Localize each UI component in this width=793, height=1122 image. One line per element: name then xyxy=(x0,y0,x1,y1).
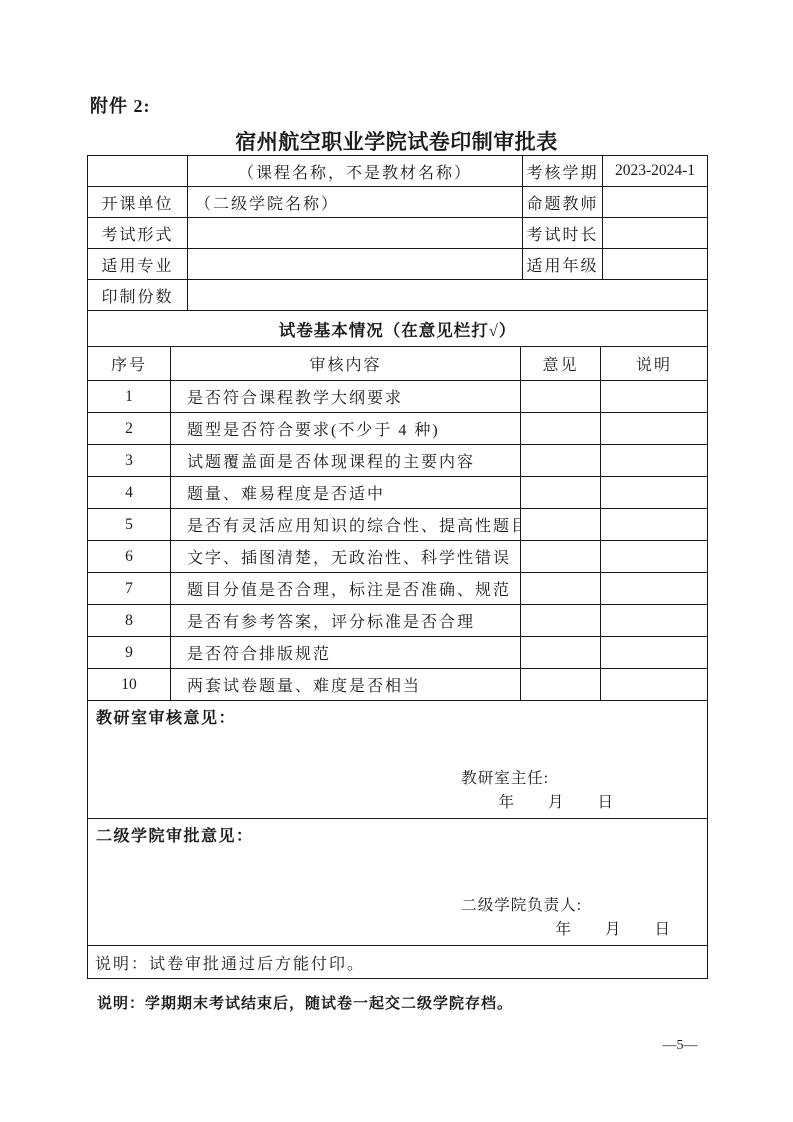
office-director-signature-line: 教研室主任: xyxy=(88,767,707,791)
college-approval-block: 二级学院审批意见： 二级学院负责人: 年 月 日 xyxy=(88,819,707,946)
info-label-exam-form: 考试形式 xyxy=(88,218,188,249)
exam-teacher-value xyxy=(603,187,707,218)
checklist-table: 序号 审核内容 意见 说明 1 是否符合课程教学大纲要求 2 题型是否符合要求(… xyxy=(88,347,707,701)
attachment-label: 附件 2: xyxy=(90,92,151,118)
document-page: 附件 2: 宿州航空职业学院试卷印制审批表 （课程名称，不是教材名称） 考核学期… xyxy=(0,0,793,1122)
row-no: 8 xyxy=(88,605,171,637)
row-content: 题型是否符合要求(不少于 4 种) xyxy=(171,413,521,445)
row-opinion-cell xyxy=(521,509,601,541)
office-review-block: 教研室审核意见： 教研室主任: 年 月 日 xyxy=(88,701,707,819)
row-content: 题目分值是否合理，标注是否准确、规范 xyxy=(171,573,521,605)
info-section: （课程名称，不是教材名称） 考核学期 2023-2024-1 开课单位 （二级学… xyxy=(88,156,707,311)
row-no: 1 xyxy=(88,381,171,413)
row-content: 是否有灵活应用知识的综合性、提高性题目 xyxy=(171,509,521,541)
row-note-cell xyxy=(601,381,707,413)
applicable-grade-value xyxy=(603,249,707,280)
row-note-cell xyxy=(601,669,707,701)
row-note-cell xyxy=(601,477,707,509)
row-no: 5 xyxy=(88,509,171,541)
row-opinion-cell xyxy=(521,413,601,445)
info-label-empty xyxy=(88,156,188,187)
row-no: 4 xyxy=(88,477,171,509)
row-content: 文字、插图清楚，无政治性、科学性错误 xyxy=(171,541,521,573)
row-note-cell xyxy=(601,509,707,541)
page-title: 宿州航空职业学院试卷印制审批表 xyxy=(0,126,793,156)
table-note: 说明：试卷审批通过后方能付印。 xyxy=(88,946,707,978)
row-note-cell xyxy=(601,637,707,669)
row-content: 两套试卷题量、难度是否相当 xyxy=(171,669,521,701)
college-head-signature-line: 二级学院负责人: xyxy=(88,894,707,918)
applicable-major-value xyxy=(188,249,523,280)
row-opinion-cell xyxy=(521,573,601,605)
row-no: 10 xyxy=(88,669,171,701)
row-content: 是否符合排版规范 xyxy=(171,637,521,669)
office-date-line: 年 月 日 xyxy=(88,791,707,818)
offering-unit-value: （二级学院名称） xyxy=(188,187,523,218)
row-content: 试题覆盖面是否体现课程的主要内容 xyxy=(171,445,521,477)
row-no: 7 xyxy=(88,573,171,605)
row-content: 是否符合课程教学大纲要求 xyxy=(171,381,521,413)
row-content: 是否有参考答案，评分标准是否合理 xyxy=(171,605,521,637)
col-header-opinion: 意见 xyxy=(521,347,601,381)
row-opinion-cell xyxy=(521,669,601,701)
page-number: —5— xyxy=(650,1038,710,1054)
info-label-applicable-major: 适用专业 xyxy=(88,249,188,280)
exam-form-value xyxy=(188,218,523,249)
info-label-exam-duration: 考试时长 xyxy=(523,218,603,249)
info-label-semester: 考核学期 xyxy=(523,156,603,187)
row-no: 9 xyxy=(88,637,171,669)
row-note-cell xyxy=(601,413,707,445)
info-label-exam-teacher: 命题教师 xyxy=(523,187,603,218)
row-content: 题量、难易程度是否适中 xyxy=(171,477,521,509)
approval-form-table: （课程名称，不是教材名称） 考核学期 2023-2024-1 开课单位 （二级学… xyxy=(87,155,708,979)
row-no: 6 xyxy=(88,541,171,573)
print-copies-value xyxy=(188,280,707,311)
row-note-cell xyxy=(601,605,707,637)
row-opinion-cell xyxy=(521,477,601,509)
row-no: 2 xyxy=(88,413,171,445)
checklist-section-title: 试卷基本情况（在意见栏打√） xyxy=(88,311,707,347)
exam-duration-value xyxy=(603,218,707,249)
college-date-line: 年 月 日 xyxy=(88,918,707,945)
info-label-applicable-grade: 适用年级 xyxy=(523,249,603,280)
info-label-offering-unit: 开课单位 xyxy=(88,187,188,218)
row-note-cell xyxy=(601,445,707,477)
info-label-print-copies: 印制份数 xyxy=(88,280,188,311)
row-opinion-cell xyxy=(521,381,601,413)
footer-note: 说明：学期期末考试结束后，随试卷一起交二级学院存档。 xyxy=(97,992,513,1013)
row-opinion-cell xyxy=(521,637,601,669)
college-approval-label: 二级学院审批意见： xyxy=(88,819,707,846)
row-opinion-cell xyxy=(521,445,601,477)
office-review-label: 教研室审核意见： xyxy=(88,701,707,728)
row-no: 3 xyxy=(88,445,171,477)
row-opinion-cell xyxy=(521,605,601,637)
course-name-hint-cell: （课程名称，不是教材名称） xyxy=(188,156,523,187)
col-header-no: 序号 xyxy=(88,347,171,381)
row-note-cell xyxy=(601,541,707,573)
semester-value: 2023-2024-1 xyxy=(603,156,707,187)
row-note-cell xyxy=(601,573,707,605)
col-header-note: 说明 xyxy=(601,347,707,381)
col-header-content: 审核内容 xyxy=(171,347,521,381)
row-opinion-cell xyxy=(521,541,601,573)
